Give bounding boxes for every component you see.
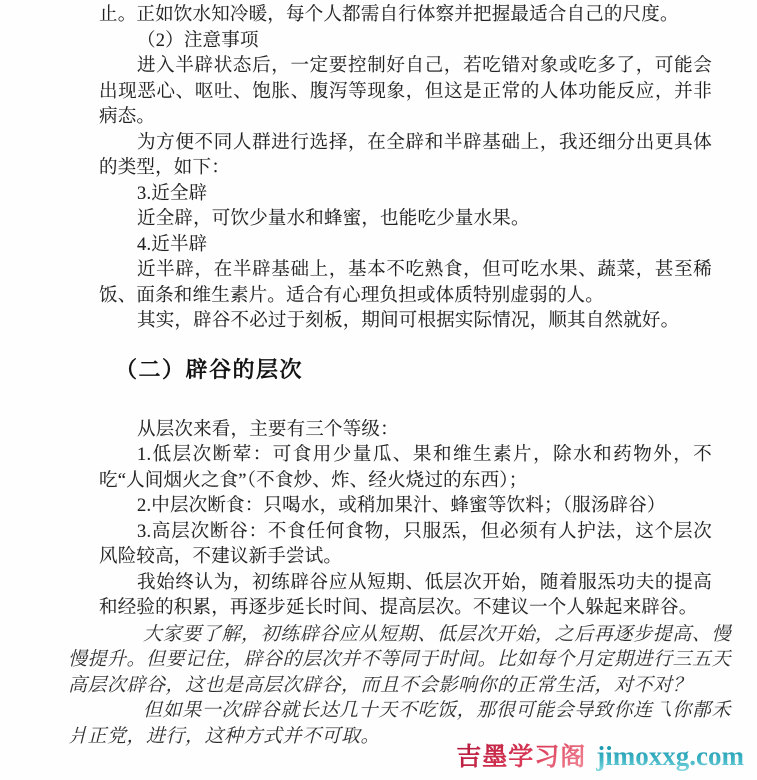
paragraph: 进入半辟状态后，一定要控制好自己，若吃错对象或吃多了，可能会出现恶心、呕吐、饱胀… [99,54,712,131]
paragraph: 我始终认为，初练辟谷应从短期、低层次开始，随着服炁功夫的提高和经验的积累，再逐步… [99,571,712,622]
paragraph: 1.低层次断荤：可食用少量瓜、果和维生素片，除水和药物外，不吃“人间烟火之食”（… [99,443,712,494]
paragraph: 止。正如饮水知冷暖，每个人都需自行体察并把握最适合自己的尺度。 [99,3,712,29]
paragraph: 近半辟，在半辟基础上，基本不吃熟食，但可吃水果、蔬菜，甚至稀饭、面条和维生素片。… [99,258,712,309]
watermark-domain: jimoxxg.com [596,741,744,772]
paragraph-handwriting: 大家要了解，初练辟谷应从短期、低层次开始，之后再逐步提高、慢慢提升。但要记住，辟… [68,622,731,699]
paragraph: 从层次来看，主要有三个等级： [99,418,712,444]
paragraph: （2）注意事项 [99,29,712,55]
paragraph: 其实，辟谷不必过于刻板，期间可根据实际情况，顺其自然就好。 [99,309,712,335]
paragraph: 3.近全辟 [99,182,712,208]
paragraph: 3.高层次断谷：不食任何食物，只服炁，但必须有人护法，这个层次风险较高，不建议新… [99,520,712,571]
paragraph: 2.中层次断食：只喝水，或稍加果汁、蜂蜜等饮料；（服汤辟谷） [99,494,712,520]
watermark: 吉墨学习阁 jimoxxg.com [456,737,744,773]
document-page: 止。正如饮水知冷暖，每个人都需自行体察并把握最适合自己的尺度。 （2）注意事项 … [0,0,757,780]
document-content: 止。正如饮水知冷暖，每个人都需自行体察并把握最适合自己的尺度。 （2）注意事项 … [99,3,712,749]
section-heading: （二）辟谷的层次 [115,355,712,384]
paragraph: 近全辟，可饮少量水和蜂蜜，也能吃少量水果。 [99,207,712,233]
paragraph: 为方便不同人群进行选择，在全辟和半辟基础上，我还细分出更具体的类型，如下： [99,131,712,182]
paragraph: 4.近半辟 [99,233,712,259]
watermark-brand: 吉墨学习阁 [456,737,586,773]
